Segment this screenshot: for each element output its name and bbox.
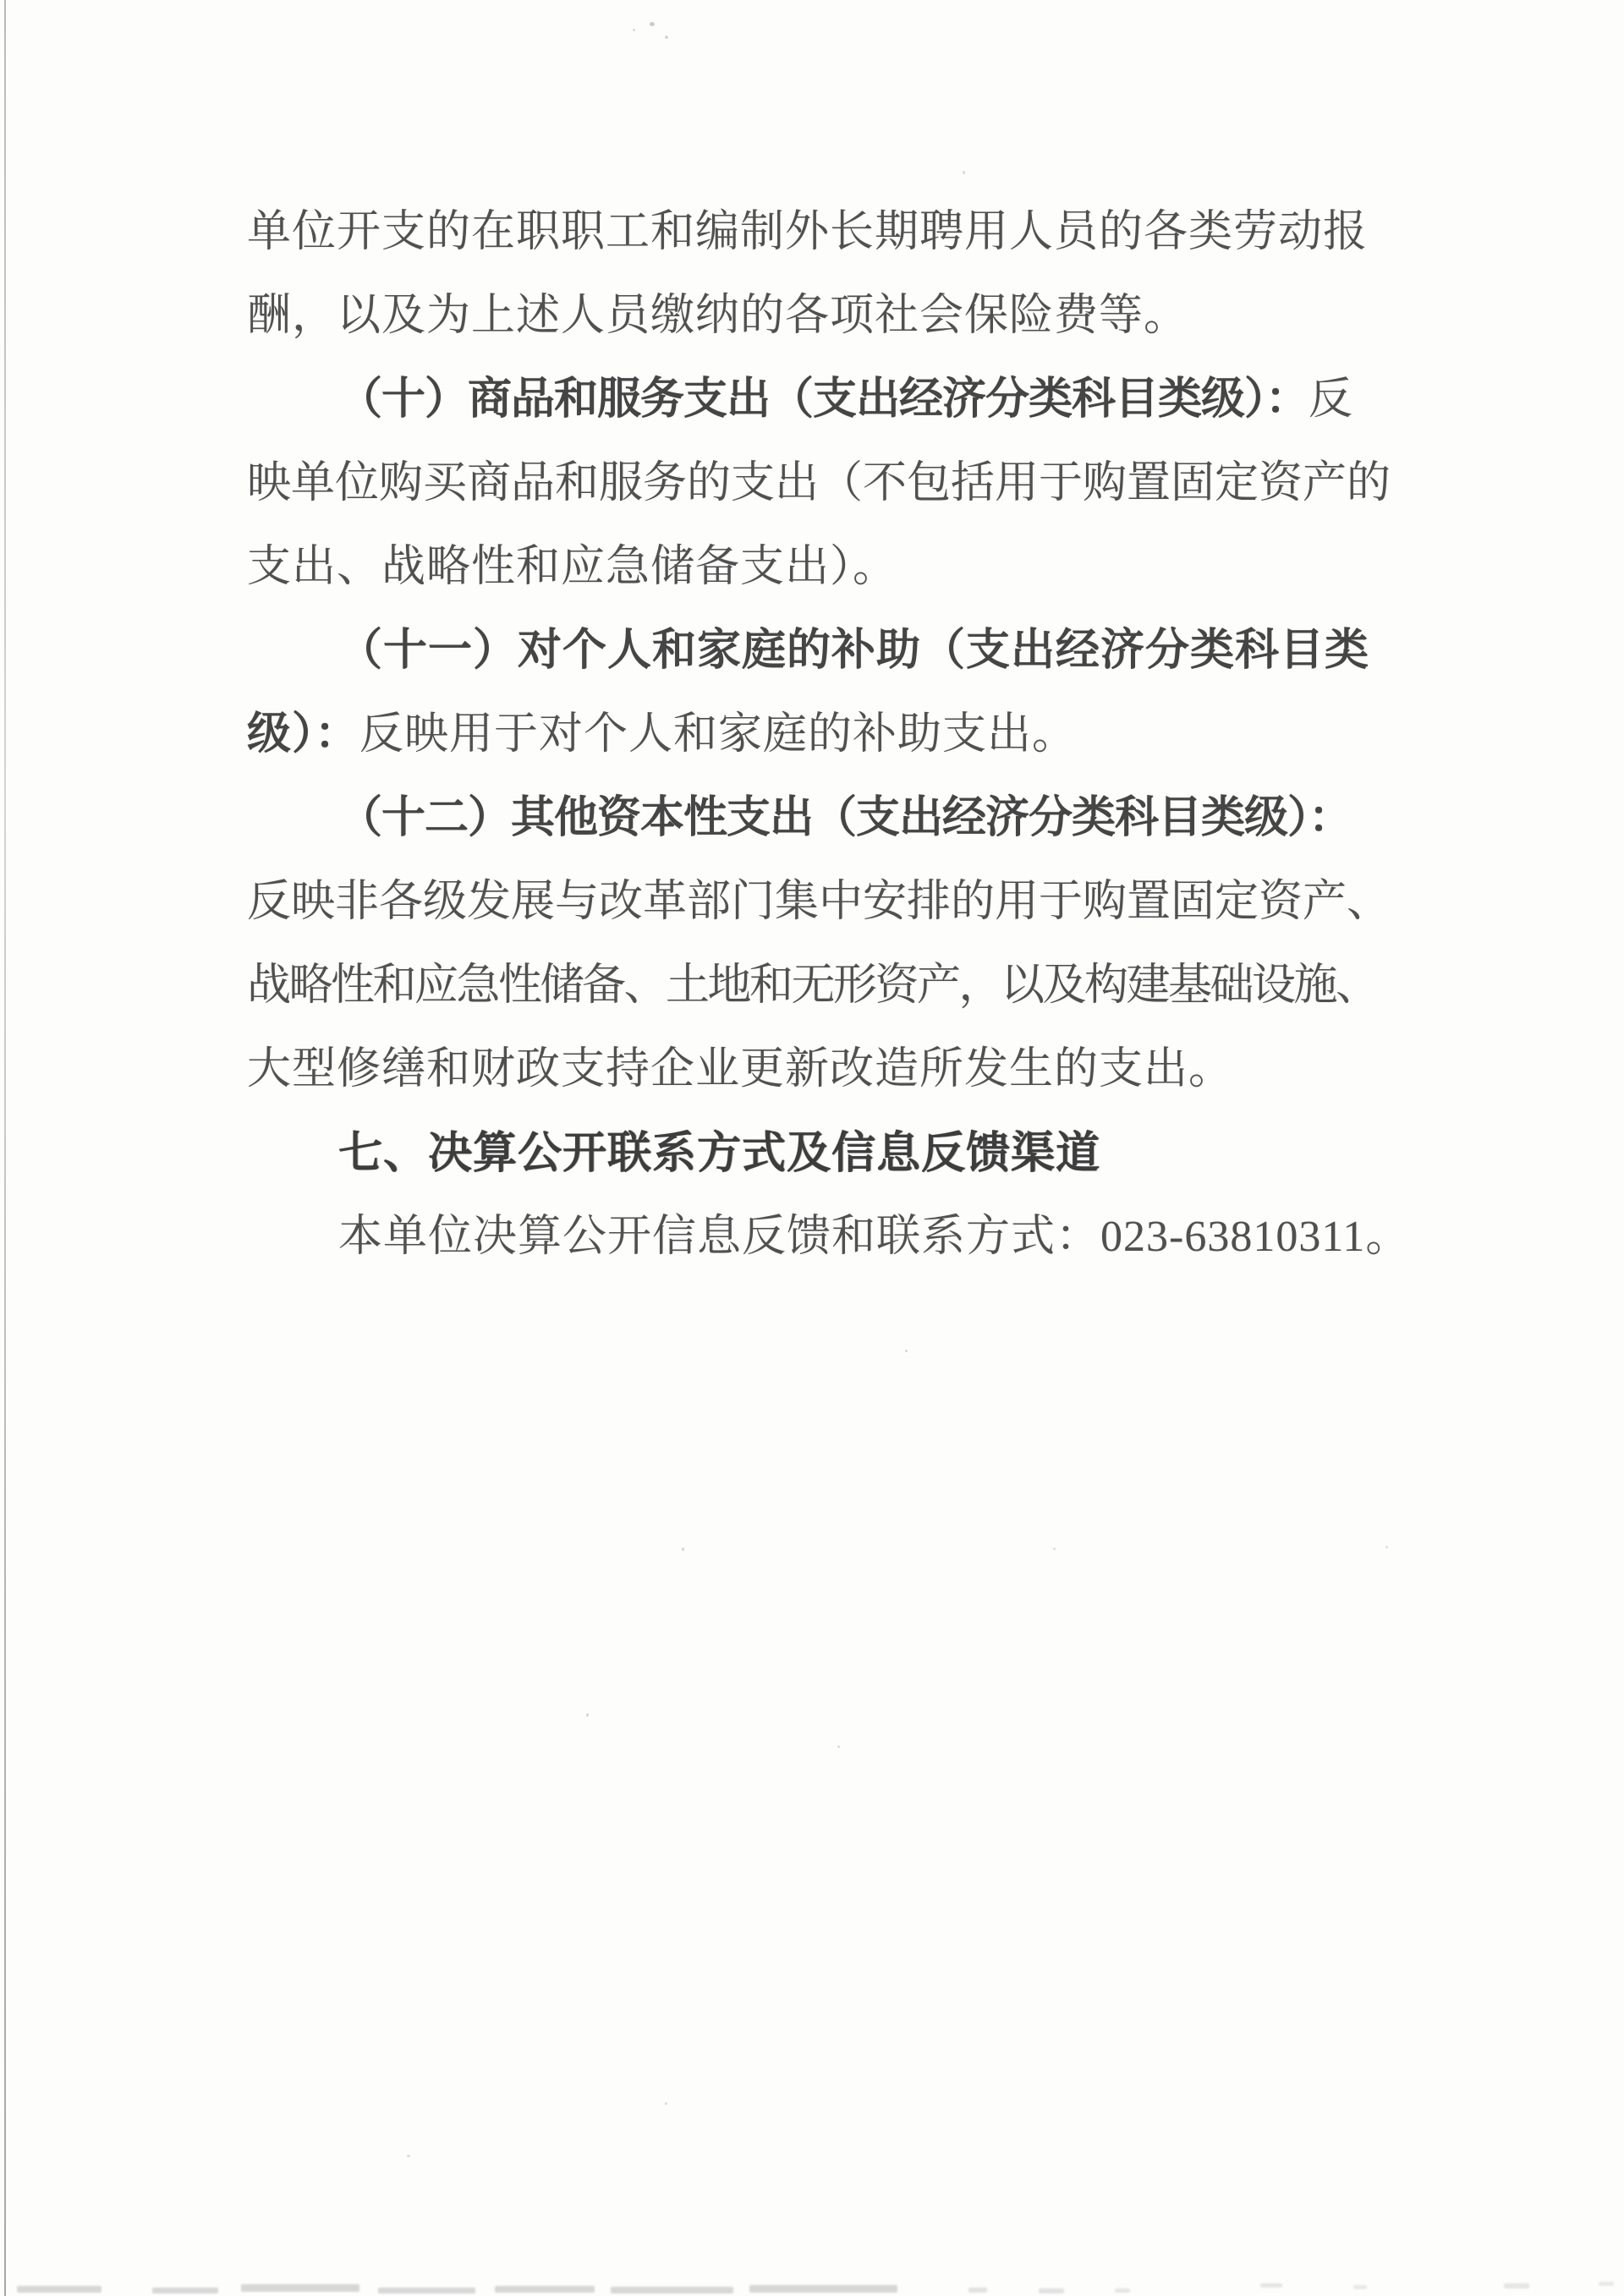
doc-line-bold-text: （十二）其他资本性支出（支出经济分类科目类级）： bbox=[338, 794, 1352, 842]
scan-artifact bbox=[152, 2288, 218, 2293]
scan-speck bbox=[586, 1713, 589, 1717]
doc-line: 反映非各级发展与改革部门集中安排的用于购置固定资产、 bbox=[247, 878, 1391, 962]
doc-line-bold-text: （十一）对个人和家庭的补助（支出经济分类科目类 bbox=[338, 627, 1369, 675]
scan-speck bbox=[1053, 1548, 1056, 1550]
doc-line-text: 映单位购买商品和服务的支出（不包括用于购置固定资产的 bbox=[247, 459, 1391, 507]
doc-line-text: 支出、战略性和应急储备支出）。 bbox=[247, 543, 897, 591]
doc-line-text: 反映用于对个人和家庭的补助支出。 bbox=[359, 710, 1077, 759]
doc-line: 酬，以及为上述人员缴纳的各项社会保险费等。 bbox=[247, 292, 1391, 375]
scan-speck bbox=[633, 29, 635, 31]
scan-artifact bbox=[378, 2288, 475, 2293]
scan-speck bbox=[650, 22, 655, 26]
scan-speck bbox=[682, 1548, 684, 1551]
scan-artifact bbox=[1039, 2288, 1064, 2293]
scan-artifact bbox=[1260, 2283, 1282, 2288]
doc-line-bold-text: （十）商品和服务支出（支出经济分类科目类级）： bbox=[338, 375, 1309, 424]
scan-speck bbox=[407, 2155, 410, 2157]
doc-line: （十二）其他资本性支出（支出经济分类科目类级）： bbox=[247, 794, 1391, 878]
scan-artifact bbox=[968, 2288, 987, 2293]
document-page: 单位开支的在职职工和编制外长期聘用人员的各类劳动报 酬，以及为上述人员缴纳的各项… bbox=[0, 0, 1624, 2296]
document-text-block: 单位开支的在职职工和编制外长期聘用人员的各类劳动报 酬，以及为上述人员缴纳的各项… bbox=[247, 208, 1391, 1296]
doc-line-text: 反 bbox=[1309, 375, 1352, 424]
scan-artifact bbox=[749, 2285, 897, 2293]
scan-artifact bbox=[241, 2284, 359, 2292]
scan-speck bbox=[837, 1745, 840, 1748]
doc-line: （十）商品和服务支出（支出经济分类科目类级）：反 bbox=[247, 375, 1391, 459]
scan-artifact bbox=[1353, 2285, 1367, 2289]
doc-line: （十一）对个人和家庭的补助（支出经济分类科目类 bbox=[247, 627, 1391, 710]
doc-line: 单位开支的在职职工和编制外长期聘用人员的各类劳动报 bbox=[247, 208, 1391, 292]
section-heading: 七、决算公开联系方式及信息反馈渠道 bbox=[247, 1129, 1391, 1213]
scan-speck bbox=[665, 2102, 667, 2105]
doc-line-bold-text: 级）： bbox=[247, 710, 359, 759]
doc-line: 级）：反映用于对个人和家庭的补助支出。 bbox=[247, 710, 1391, 794]
doc-line-text: 大型修缮和财政支持企业更新改造所发生的支出。 bbox=[247, 1045, 1233, 1093]
doc-line: 映单位购买商品和服务的支出（不包括用于购置固定资产的 bbox=[247, 459, 1391, 543]
doc-line: 战略性和应急性储备、土地和无形资产，以及构建基础设施、 bbox=[247, 962, 1391, 1045]
scan-speck bbox=[665, 36, 668, 39]
scan-artifact bbox=[17, 2286, 101, 2293]
scan-artifact bbox=[1115, 2288, 1130, 2293]
section-heading-text: 七、决算公开联系方式及信息反馈渠道 bbox=[338, 1129, 1100, 1178]
doc-line-text: 单位开支的在职职工和编制外长期聘用人员的各类劳动报 bbox=[247, 208, 1368, 256]
scan-artifact bbox=[1599, 2282, 1614, 2286]
scan-speck bbox=[905, 1350, 908, 1352]
doc-line: 大型修缮和财政支持企业更新改造所发生的支出。 bbox=[247, 1045, 1391, 1129]
contact-line-text: 本单位决算公开信息反馈和联系方式：023-63810311。 bbox=[338, 1213, 1410, 1261]
scan-speck bbox=[1385, 1546, 1388, 1548]
scan-artifact bbox=[611, 2287, 733, 2293]
scan-edge-line bbox=[4, 0, 6, 2296]
scan-speck bbox=[963, 171, 965, 174]
doc-line-text: 战略性和应急性储备、土地和无形资产，以及构建基础设施、 bbox=[247, 962, 1378, 1010]
doc-line: 支出、战略性和应急储备支出）。 bbox=[247, 543, 1391, 627]
doc-line: 本单位决算公开信息反馈和联系方式：023-63810311。 bbox=[247, 1213, 1391, 1296]
scan-artifact bbox=[1504, 2283, 1529, 2288]
doc-line-text: 酬，以及为上述人员缴纳的各项社会保险费等。 bbox=[247, 292, 1188, 340]
doc-line-text: 反映非各级发展与改革部门集中安排的用于购置固定资产、 bbox=[247, 878, 1391, 926]
scan-artifact bbox=[495, 2286, 595, 2293]
